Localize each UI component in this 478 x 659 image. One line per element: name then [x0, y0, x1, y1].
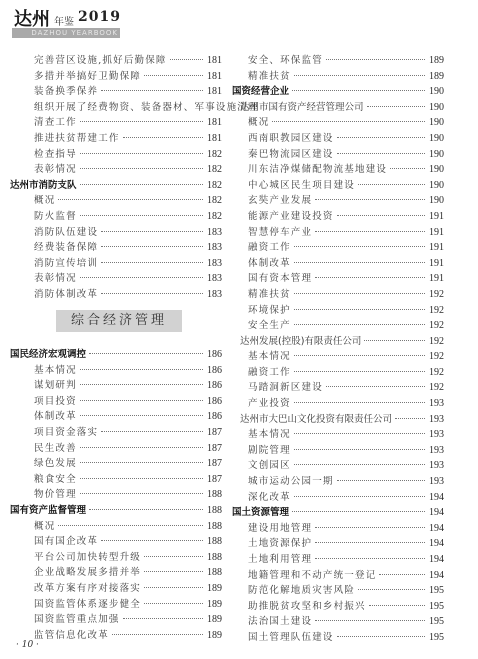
dot-leader: [58, 199, 203, 200]
toc-page-number: 189: [206, 583, 222, 594]
toc-page-number: 192: [428, 320, 444, 331]
dot-leader: [364, 340, 425, 341]
toc-page-number: 190: [428, 164, 444, 175]
toc-page-number: 190: [428, 102, 444, 113]
toc-entry[interactable]: 表彰情况183: [10, 270, 222, 286]
toc-page-number: 194: [428, 523, 444, 534]
toc-entry[interactable]: 助推脱贫攻坚和乡村振兴195: [240, 598, 444, 614]
toc-page-number: 188: [206, 567, 222, 578]
toc-entry[interactable]: 土地利用管理194: [240, 551, 444, 567]
toc-entry[interactable]: 基本情况192: [240, 348, 444, 364]
dot-leader: [294, 464, 425, 465]
dot-leader: [80, 447, 203, 448]
dot-leader: [80, 462, 203, 463]
toc-entry[interactable]: 城市运动公园一期193: [240, 473, 444, 489]
dot-leader: [294, 433, 425, 434]
dot-leader: [80, 478, 203, 479]
toc-entry[interactable]: 推进扶贫帮建工作181: [10, 130, 222, 146]
toc-page-number: 195: [428, 585, 444, 596]
dot-leader: [112, 634, 203, 635]
toc-entry-label: 国民经济宏观调控: [10, 346, 86, 360]
dot-leader: [80, 121, 203, 122]
toc-page-number: 182: [206, 164, 222, 175]
toc-entry[interactable]: 体制改革186: [10, 408, 222, 424]
toc-entry[interactable]: 川东洁净煤储配物流基地建设190: [240, 161, 444, 177]
toc-entry[interactable]: 产业投资193: [240, 395, 444, 411]
toc-entry-label: 深化改革: [248, 489, 291, 503]
toc-entry[interactable]: 防范化解地质灾害风险195: [240, 582, 444, 598]
dot-leader: [315, 558, 425, 559]
toc-page-number: 186: [206, 380, 222, 391]
dot-leader: [326, 59, 425, 60]
dot-leader: [89, 353, 203, 354]
toc-subsection-entry[interactable]: 达州市大巴山文化投资有限责任公司193: [240, 411, 444, 427]
toc-entry[interactable]: 消防体制改革183: [10, 286, 222, 302]
toc-entry-label: 国有国企改革: [34, 533, 98, 547]
toc-entry-label: 装备换季保养: [34, 83, 98, 97]
toc-entry[interactable]: 粮食安全187: [10, 471, 222, 487]
toc-page-number: 193: [428, 414, 444, 425]
toc-entry[interactable]: 多措并举搞好卫勤保障181: [10, 68, 222, 84]
dot-leader: [395, 418, 425, 419]
toc-entry[interactable]: 表彰情况182: [10, 161, 222, 177]
toc-page-number: 186: [206, 396, 222, 407]
dot-leader: [144, 556, 203, 557]
toc-entry-label: 川东洁净煤储配物流基地建设: [248, 161, 387, 175]
toc-page-number: 194: [428, 507, 444, 518]
dot-leader: [80, 277, 203, 278]
dot-leader: [101, 431, 203, 432]
toc-page-number: 195: [428, 632, 444, 643]
toc-section-entry[interactable]: 国土资源管理194: [232, 504, 444, 520]
toc-entry-label: 玄奘产业发展: [248, 192, 312, 206]
toc-page-number: 187: [206, 427, 222, 438]
dot-leader: [315, 199, 425, 200]
toc-page-number: 182: [206, 195, 222, 206]
toc-page-number: 193: [428, 460, 444, 471]
toc-entry-label: 消防体制改革: [34, 286, 98, 300]
toc-entry[interactable]: 基本情况186: [10, 362, 222, 378]
dot-leader: [315, 231, 425, 232]
toc-entry[interactable]: 建设用地管理194: [240, 520, 444, 536]
toc-entry[interactable]: 智慧停车产业191: [240, 224, 444, 240]
dot-leader: [170, 59, 203, 60]
toc-page-number: 189: [428, 55, 444, 66]
toc-page-number: 182: [206, 149, 222, 160]
toc-page-number: 191: [428, 227, 444, 238]
toc-entry-label: 消防队伍建设: [34, 224, 98, 238]
toc-entry[interactable]: 清查工作181: [10, 114, 222, 130]
toc-entry-label: 达州市国有资产经营管理公司: [240, 99, 364, 113]
toc-entry-label: 基本情况: [248, 348, 291, 362]
dot-leader: [144, 587, 203, 588]
dot-leader: [315, 527, 425, 528]
dot-leader: [294, 262, 425, 263]
dot-leader: [80, 384, 203, 385]
toc-entry[interactable]: 融资工作192: [240, 364, 444, 380]
dot-leader: [315, 542, 425, 543]
toc-entry[interactable]: 土地资源保护194: [240, 535, 444, 551]
dot-leader: [294, 355, 425, 356]
dot-leader: [390, 168, 425, 169]
toc-page-number: 191: [428, 211, 444, 222]
toc-page-number: 181: [206, 55, 222, 66]
toc-entry-label: 国有资本管理: [248, 270, 312, 284]
toc-entry-label: 平台公司加快转型升级: [34, 549, 141, 563]
toc-entry-label: 项目投资: [34, 393, 77, 407]
section-banner: 综合经济管理: [56, 310, 182, 332]
toc-page-number: 189: [206, 599, 222, 610]
dot-leader: [294, 246, 425, 247]
toc-entry-label: 文创园区: [248, 457, 291, 471]
toc-page-number: 181: [206, 86, 222, 97]
toc-section-entry[interactable]: 国民经济宏观调控186: [10, 346, 222, 362]
dot-leader: [337, 153, 425, 154]
toc-page-number: 181: [206, 117, 222, 128]
dot-leader: [315, 620, 425, 621]
toc-entry-label: 安全、环保监管: [248, 52, 323, 66]
toc-page-number: 188: [206, 552, 222, 563]
toc-page-number: 190: [428, 86, 444, 97]
toc-entry-label: 概况: [34, 518, 55, 532]
dot-leader: [358, 589, 425, 590]
toc-page-number: 186: [206, 365, 222, 376]
toc-page-number: 183: [206, 273, 222, 284]
dot-leader: [292, 90, 425, 91]
toc-entry[interactable]: 平台公司加快转型升级188: [10, 549, 222, 565]
toc-entry-label: 基本情况: [34, 362, 77, 376]
toc-entry[interactable]: 国土管理队伍建设195: [240, 629, 444, 645]
toc-entry[interactable]: 完善营区设施,抓好后勤保障181: [10, 52, 222, 68]
toc-page-number: 187: [206, 458, 222, 469]
toc-entry-label: 清查工作: [34, 114, 77, 128]
dot-leader: [369, 605, 425, 606]
toc-entry-label: 基本情况: [248, 426, 291, 440]
toc-page-number: 183: [206, 227, 222, 238]
toc-entry-label: 助推脱贫攻坚和乡村振兴: [248, 598, 366, 612]
toc-page-number: 188: [206, 521, 222, 532]
dot-leader: [89, 509, 203, 510]
toc-entry-label: 中心城区民生项目建设: [248, 177, 355, 191]
toc-entry-label: 精准扶贫: [248, 68, 291, 82]
toc-entry-label: 能源产业建设投资: [248, 208, 334, 222]
toc-section-entry[interactable]: 国有资产监督管理188: [10, 502, 222, 518]
dot-leader: [337, 480, 425, 481]
toc-section-entry[interactable]: 国资经营企业190: [232, 83, 444, 99]
toc-entry-label: 概况: [34, 192, 55, 206]
toc-entry[interactable]: 民生改善187: [10, 440, 222, 456]
dot-leader: [294, 496, 425, 497]
dot-leader: [80, 493, 203, 494]
toc-page-number: 193: [428, 429, 444, 440]
toc-entry[interactable]: 精准扶贫189: [240, 68, 444, 84]
toc-page-number: 195: [428, 601, 444, 612]
dot-leader: [294, 75, 425, 76]
toc-entry-label: 谋划研判: [34, 377, 77, 391]
toc-entry[interactable]: 精准扶贫192: [240, 286, 444, 302]
dot-leader: [80, 369, 203, 370]
header-band: DAZHOU YEARBOOK: [12, 28, 120, 38]
toc-entry[interactable]: 基本情况193: [240, 426, 444, 442]
toc-entry[interactable]: 企业战略发展多措并举188: [10, 564, 222, 580]
toc-page-number: 193: [428, 445, 444, 456]
toc-entry[interactable]: 消防队伍建设183: [10, 224, 222, 240]
page-number: · 10 ·: [16, 640, 39, 650]
toc-page-number: 181: [206, 133, 222, 144]
toc-entry-label: 体制改革: [34, 408, 77, 422]
toc-left-column-lower: 国民经济宏观调控186基本情况186谋划研判186项目投资186体制改革186项…: [10, 346, 222, 642]
toc-page-number: 191: [428, 273, 444, 284]
dot-leader: [101, 231, 203, 232]
toc-entry[interactable]: 消防宣传培训183: [10, 255, 222, 271]
toc-page-number: 191: [428, 258, 444, 269]
toc-entry-label: 物价管理: [34, 486, 77, 500]
toc-entry-label: 监管信息化改革: [34, 627, 109, 641]
toc-entry[interactable]: 体制改革191: [240, 255, 444, 271]
dot-leader: [80, 400, 203, 401]
toc-entry[interactable]: 国资监管体系逐步健全189: [10, 596, 222, 612]
toc-entry-label: 绿色发展: [34, 455, 77, 469]
toc-page-number: 182: [206, 180, 222, 191]
toc-entry-label: 防火监督: [34, 208, 77, 222]
yearbook-header: 达州 年鉴 2019 DAZHOU YEARBOOK: [10, 5, 122, 39]
toc-page-number: 195: [428, 616, 444, 627]
toc-entry-label: 经费装备保障: [34, 239, 98, 253]
toc-entry[interactable]: 法治国土建设195: [240, 613, 444, 629]
dot-leader: [294, 402, 425, 403]
toc-page-number: 189: [206, 630, 222, 641]
toc-page-number: 190: [428, 195, 444, 206]
toc-entry-label: 组织开展了经费物资、装备器材、军事设施清理: [34, 99, 259, 113]
toc-page-number: 182: [206, 211, 222, 222]
dot-leader: [80, 168, 203, 169]
toc-page-number: 183: [206, 258, 222, 269]
toc-entry-label: 改革方案有序对接落实: [34, 580, 141, 594]
toc-entry-label: 国土管理队伍建设: [248, 629, 334, 643]
dot-leader: [294, 309, 425, 310]
dot-leader: [294, 293, 425, 294]
toc-entry[interactable]: 项目投资186: [10, 393, 222, 409]
toc-entry-label: 达州发展(控股)有限责任公司: [240, 333, 361, 347]
toc-entry[interactable]: 地籍管理和不动产统一登记194: [240, 567, 444, 583]
dot-leader: [101, 540, 203, 541]
toc-page-number: 189: [206, 614, 222, 625]
toc-page-number: 181: [206, 71, 222, 82]
dot-leader: [294, 449, 425, 450]
toc-entry-label: 国有资产监督管理: [10, 502, 86, 516]
dot-leader: [80, 153, 203, 154]
dot-leader: [80, 184, 203, 185]
dot-leader: [58, 525, 203, 526]
toc-page-number: 192: [428, 289, 444, 300]
toc-entry[interactable]: 马踏洞新区建设192: [240, 379, 444, 395]
toc-entry-label: 城市运动公园一期: [248, 473, 334, 487]
toc-page-number: 190: [428, 149, 444, 160]
toc-entry[interactable]: 西南职教园区建设190: [240, 130, 444, 146]
toc-entry[interactable]: 防火监督182: [10, 208, 222, 224]
toc-entry[interactable]: 概况190: [240, 114, 444, 130]
toc-entry-label: 体制改革: [248, 255, 291, 269]
toc-entry-label: 剧院管理: [248, 442, 291, 456]
toc-entry-label: 融资工作: [248, 364, 291, 378]
toc-entry-label: 土地资源保护: [248, 535, 312, 549]
toc-page-number: 193: [428, 476, 444, 487]
dot-leader: [337, 137, 425, 138]
toc-entry-label: 环境保护: [248, 302, 291, 316]
toc-entry-label: 国资监管体系逐步健全: [34, 596, 141, 610]
toc-left-column: 完善营区设施,抓好后勤保障181多措并举搞好卫勤保障181装备换季保养181组织…: [10, 52, 222, 302]
dot-leader: [144, 603, 203, 604]
toc-entry[interactable]: 融资工作191: [240, 239, 444, 255]
dot-leader: [337, 215, 425, 216]
toc-entry-label: 多措并举搞好卫勤保障: [34, 68, 141, 82]
toc-page-number: 191: [428, 242, 444, 253]
toc-entry-label: 地籍管理和不动产统一登记: [248, 567, 376, 581]
dot-leader: [144, 571, 203, 572]
toc-entry-label: 安全生产: [248, 317, 291, 331]
toc-page-number: 186: [206, 349, 222, 360]
dot-leader: [326, 386, 425, 387]
toc-entry[interactable]: 谋划研判186: [10, 377, 222, 393]
toc-entry-label: 检查指导: [34, 146, 77, 160]
toc-entry-label: 达州市消防支队: [10, 177, 77, 191]
toc-entry[interactable]: 物价管理188: [10, 486, 222, 502]
toc-page-number: 187: [206, 474, 222, 485]
toc-entry-label: 推进扶贫帮建工作: [34, 130, 120, 144]
dot-leader: [272, 121, 425, 122]
toc-entry[interactable]: 装备换季保养181: [10, 83, 222, 99]
toc-section-entry[interactable]: 达州市消防支队182: [10, 177, 222, 193]
toc-entry[interactable]: 环境保护192: [240, 302, 444, 318]
toc-entry-label: 建设用地管理: [248, 520, 312, 534]
dot-leader: [315, 277, 425, 278]
dot-leader: [367, 106, 425, 107]
dot-leader: [101, 246, 203, 247]
toc-entry-label: 粮食安全: [34, 471, 77, 485]
dot-leader: [101, 90, 203, 91]
toc-entry-label: 土地利用管理: [248, 551, 312, 565]
toc-entry-label: 马踏洞新区建设: [248, 379, 323, 393]
toc-page-number: 193: [428, 398, 444, 409]
toc-page-number: 186: [206, 411, 222, 422]
toc-entry-label: 概况: [248, 114, 269, 128]
toc-entry-label: 国资经营企业: [232, 83, 289, 97]
toc-page-number: 192: [428, 351, 444, 362]
toc-page-number: 190: [428, 117, 444, 128]
toc-entry-label: 西南职教园区建设: [248, 130, 334, 144]
toc-right-column: 安全、环保监管189精准扶贫189国资经营企业190达州市国有资产经营管理公司1…: [240, 52, 444, 645]
toc-entry[interactable]: 项目资金落实187: [10, 424, 222, 440]
toc-subsection-entry[interactable]: 达州市国有资产经营管理公司190: [240, 99, 444, 115]
toc-entry[interactable]: 秦巴物流园区建设190: [240, 146, 444, 162]
toc-entry[interactable]: 玄奘产业发展190: [240, 192, 444, 208]
toc-entry[interactable]: 绿色发展187: [10, 455, 222, 471]
toc-entry-label: 表彰情况: [34, 270, 77, 284]
toc-page-number: 194: [428, 492, 444, 503]
toc-entry-label: 表彰情况: [34, 161, 77, 175]
dot-leader: [123, 618, 203, 619]
header-subtitle: 年鉴: [54, 13, 74, 28]
toc-entry-label: 智慧停车产业: [248, 224, 312, 238]
toc-entry[interactable]: 文创园区193: [240, 457, 444, 473]
toc-entry-label: 民生改善: [34, 440, 77, 454]
toc-entry-label: 防范化解地质灾害风险: [248, 582, 355, 596]
toc-entry[interactable]: 深化改革194: [240, 489, 444, 505]
toc-entry[interactable]: 国有资本管理191: [240, 270, 444, 286]
toc-entry-label: 项目资金落实: [34, 424, 98, 438]
toc-page-number: 190: [428, 133, 444, 144]
toc-entry-label: 达州市大巴山文化投资有限责任公司: [240, 411, 392, 425]
toc-entry[interactable]: 安全生产192: [240, 317, 444, 333]
toc-entry[interactable]: 剧院管理193: [240, 442, 444, 458]
toc-page-number: 188: [206, 505, 222, 516]
header-year: 2019: [78, 9, 121, 25]
toc-entry[interactable]: 安全、环保监管189: [240, 52, 444, 68]
toc-entry[interactable]: 能源产业建设投资191: [240, 208, 444, 224]
toc-page-number: 190: [428, 180, 444, 191]
toc-entry-label: 法治国土建设: [248, 613, 312, 627]
dot-leader: [101, 293, 203, 294]
toc-page-number: 187: [206, 443, 222, 454]
toc-entry[interactable]: 检查指导182: [10, 146, 222, 162]
dot-leader: [358, 184, 425, 185]
dot-leader: [80, 215, 203, 216]
toc-entry[interactable]: 概况188: [10, 518, 222, 534]
toc-entry-label: 完善营区设施,抓好后勤保障: [34, 52, 167, 66]
toc-subsection-entry[interactable]: 达州发展(控股)有限责任公司192: [240, 333, 444, 349]
toc-entry[interactable]: 国资监管重点加强189: [10, 611, 222, 627]
toc-entry-label: 秦巴物流园区建设: [248, 146, 334, 160]
toc-entry[interactable]: 监管信息化改革189: [10, 627, 222, 643]
toc-page-number: 188: [206, 536, 222, 547]
toc-entry-label: 精准扶贫: [248, 286, 291, 300]
toc-page-number: 192: [428, 382, 444, 393]
dot-leader: [101, 262, 203, 263]
toc-entry[interactable]: 组织开展了经费物资、装备器材、军事设施清理: [10, 99, 222, 115]
toc-page-number: 192: [428, 305, 444, 316]
dot-leader: [379, 574, 425, 575]
dot-leader: [80, 415, 203, 416]
dot-leader: [337, 636, 425, 637]
dot-leader: [144, 75, 203, 76]
dot-leader: [294, 371, 425, 372]
toc-entry-label: 国土资源管理: [232, 504, 289, 518]
toc-page-number: 192: [428, 336, 444, 347]
toc-entry-label: 消防宣传培训: [34, 255, 98, 269]
toc-page-number: 188: [206, 489, 222, 500]
toc-entry-label: 企业战略发展多措并举: [34, 564, 141, 578]
toc-entry[interactable]: 改革方案有序对接落实189: [10, 580, 222, 596]
dot-leader: [123, 137, 203, 138]
toc-entry-label: 产业投资: [248, 395, 291, 409]
dot-leader: [292, 511, 425, 512]
dot-leader: [294, 324, 425, 325]
toc-page-number: 194: [428, 570, 444, 581]
toc-page-number: 194: [428, 538, 444, 549]
toc-entry[interactable]: 中心城区民生项目建设190: [240, 177, 444, 193]
toc-page-number: 189: [428, 71, 444, 82]
toc-entry[interactable]: 概况182: [10, 192, 222, 208]
toc-page-number: 183: [206, 242, 222, 253]
toc-page-number: 194: [428, 554, 444, 565]
toc-entry[interactable]: 经费装备保障183: [10, 239, 222, 255]
toc-entry-label: 国资监管重点加强: [34, 611, 120, 625]
toc-entry[interactable]: 国有国企改革188: [10, 533, 222, 549]
toc-entry-label: 融资工作: [248, 239, 291, 253]
toc-page-number: 183: [206, 289, 222, 300]
toc-page-number: 192: [428, 367, 444, 378]
